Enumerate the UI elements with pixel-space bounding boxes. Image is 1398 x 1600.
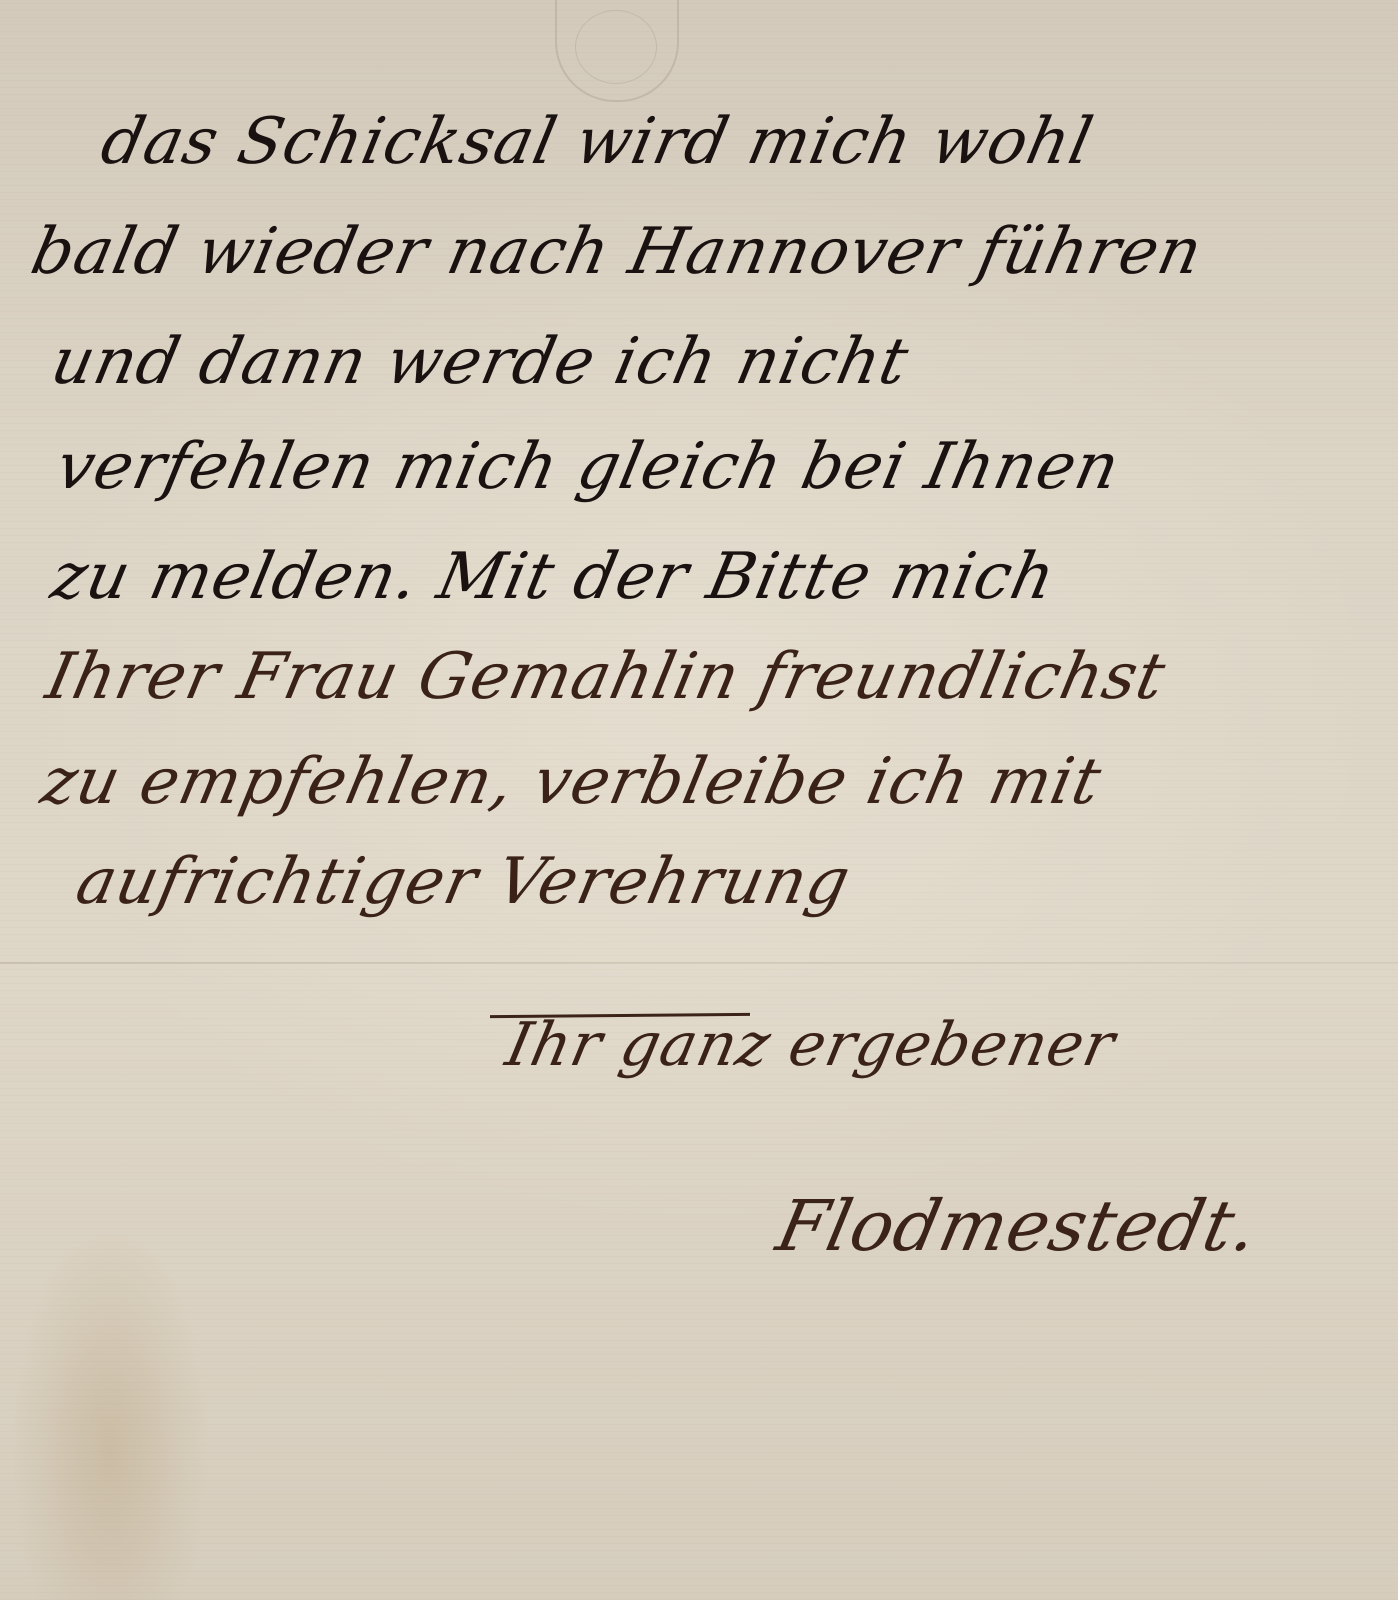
paper-fold-line bbox=[0, 962, 1398, 964]
letter-page: das Schicksal wird mich wohl bald wieder… bbox=[0, 0, 1398, 1600]
signature: Flodmestedt. bbox=[770, 1185, 1266, 1267]
letter-line-1: das Schicksal wird mich wohl bbox=[95, 105, 1100, 179]
letter-line-3: und dann werde ich nicht bbox=[45, 325, 915, 399]
letter-line-5: zu melden. Mit der Bitte mich bbox=[45, 540, 1062, 614]
closing-salutation: Ihr ganz ergebener bbox=[500, 1010, 1121, 1080]
letter-line-8: aufrichtiger Verehrung bbox=[70, 845, 857, 919]
letter-line-6: Ihrer Frau Gemahlin freundlichst bbox=[40, 640, 1172, 714]
letter-line-2: bald wieder nach Hannover führen bbox=[25, 215, 1209, 289]
letter-line-7: zu empfehlen, verbleibe ich mit bbox=[35, 745, 1108, 819]
embossed-crest-mark bbox=[555, 0, 679, 102]
letter-line-4: verfehlen mich gleich bei Ihnen bbox=[50, 430, 1126, 504]
